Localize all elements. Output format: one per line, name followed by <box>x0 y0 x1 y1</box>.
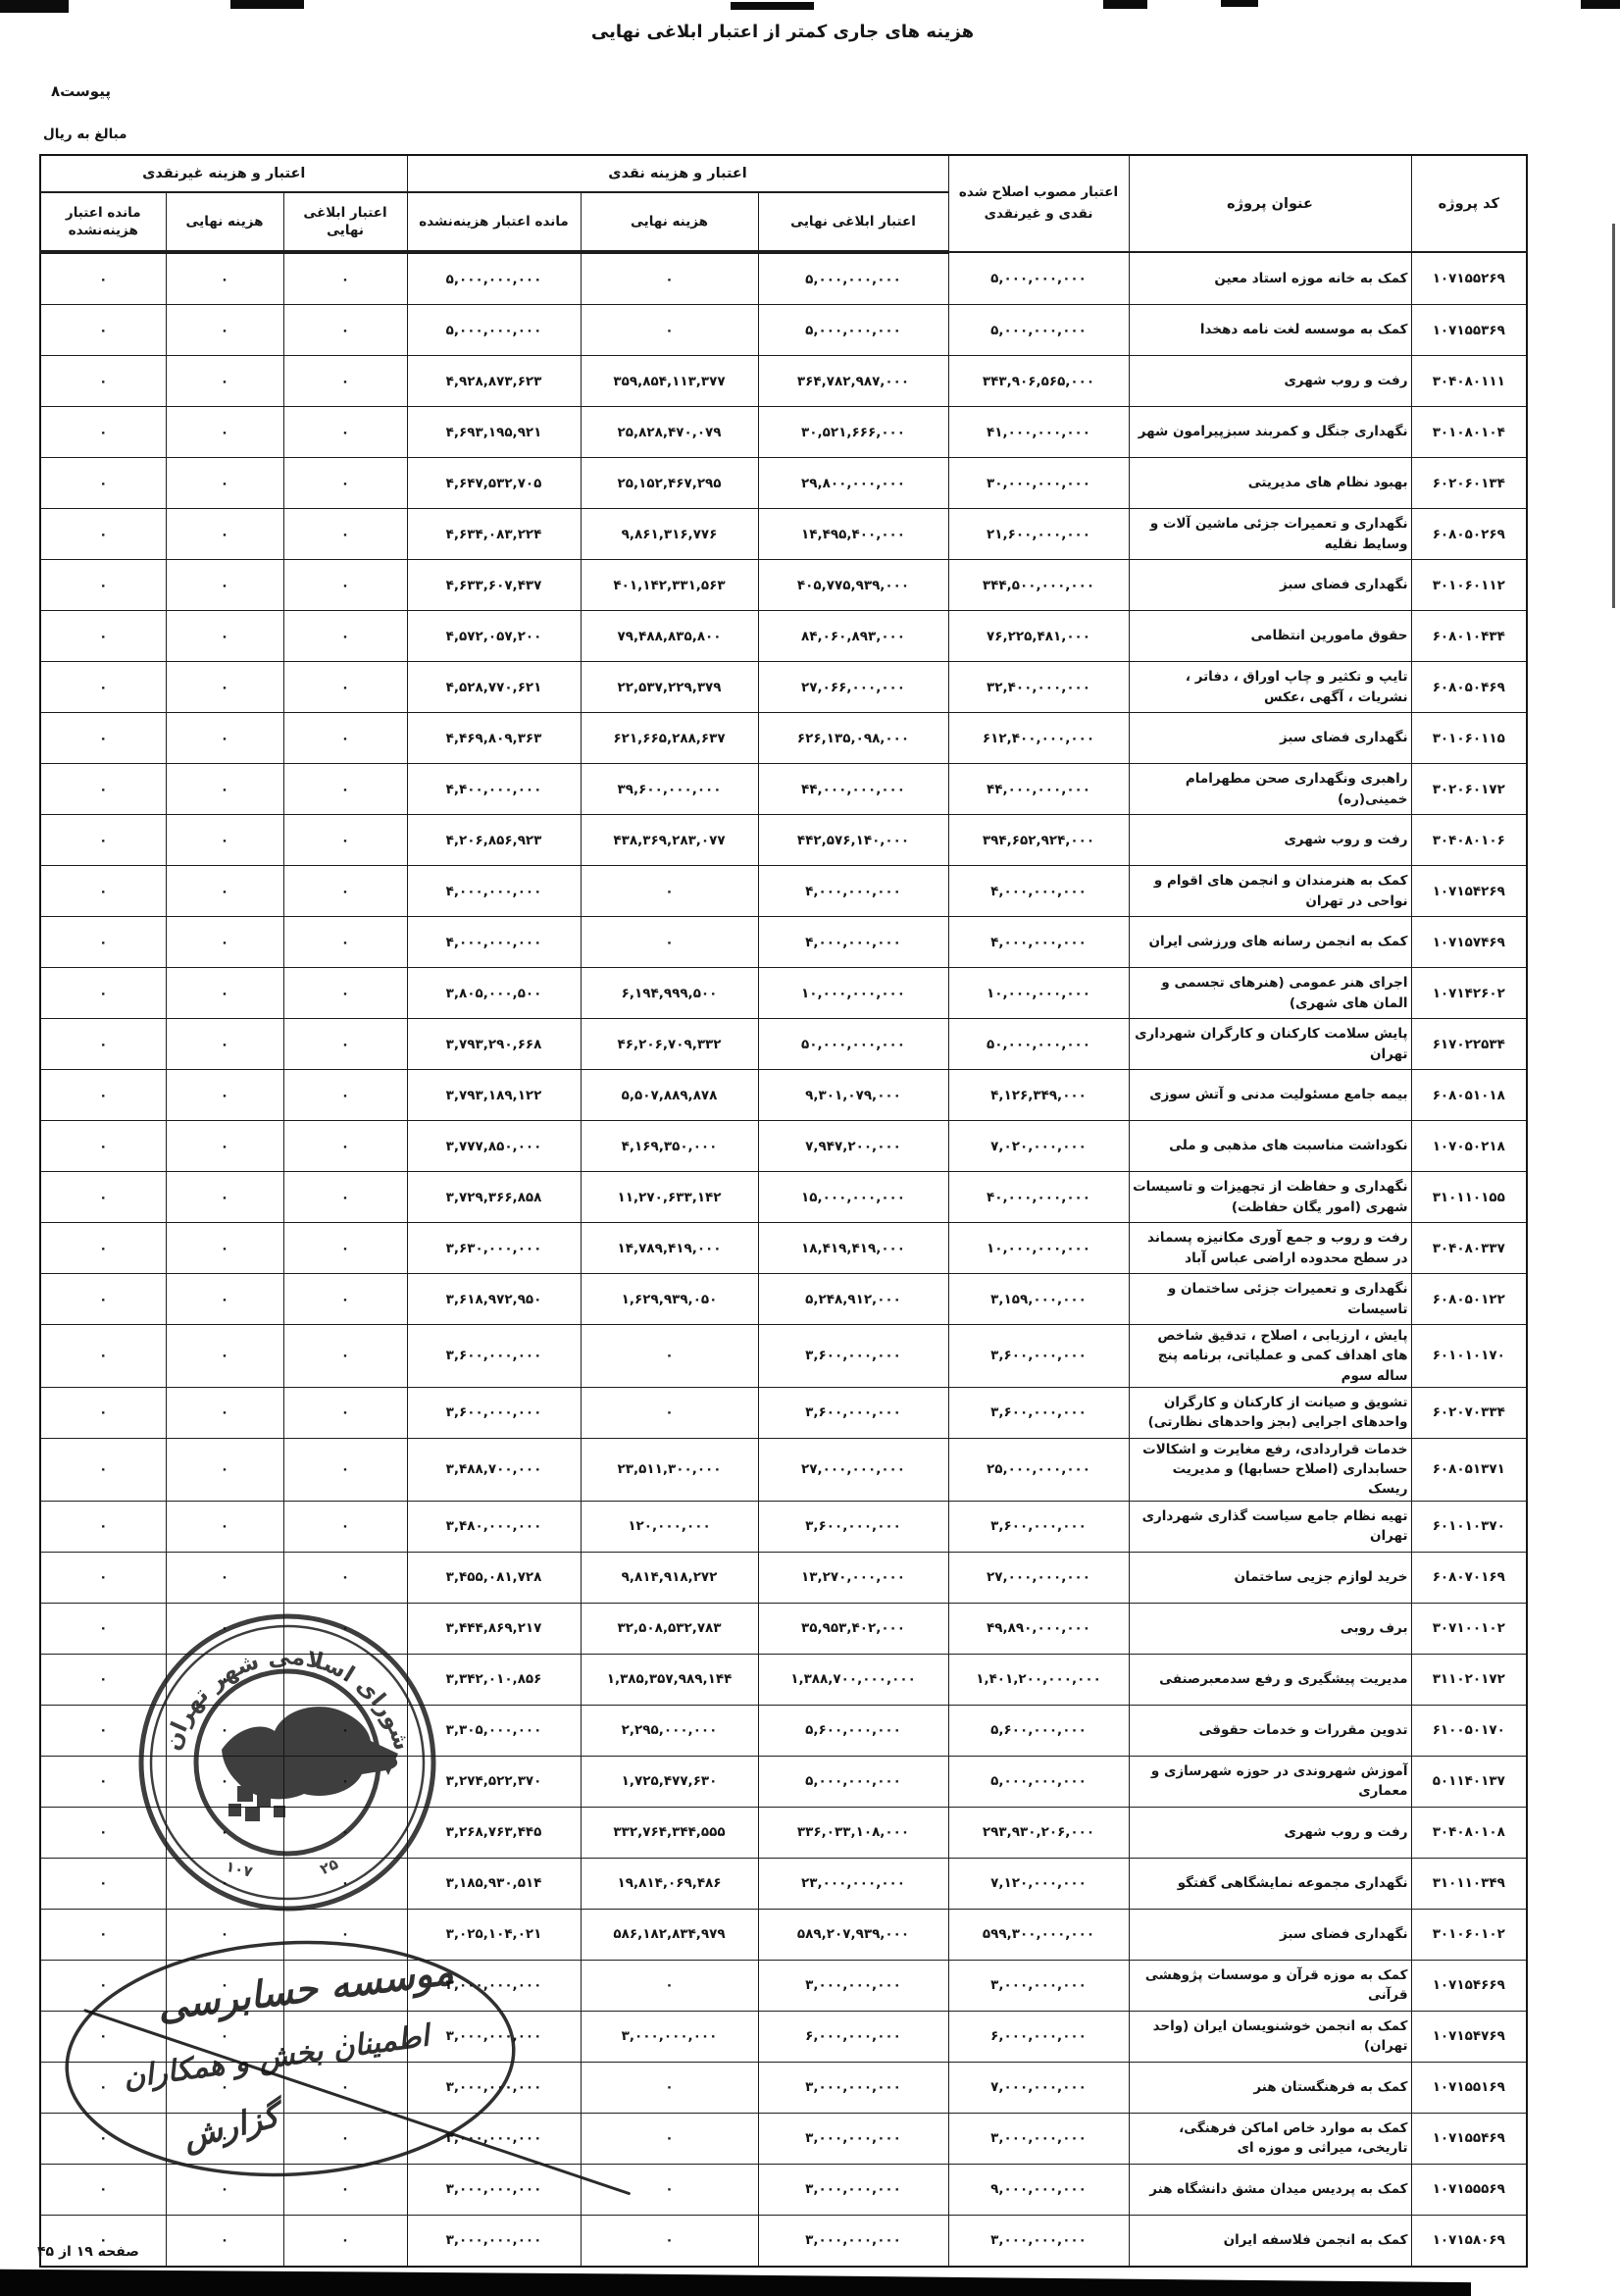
cell-code: ۳۰۷۱۰۰۱۰۲ <box>1411 1603 1527 1654</box>
cell-cash-allocated: ۱,۳۸۸,۷۰۰,۰۰۰,۰۰۰ <box>758 1654 948 1705</box>
cell-cash-expense: ۵۸۶,۱۸۲,۸۳۴,۹۷۹ <box>581 1909 758 1960</box>
cell-cash-balance: ۳,۰۰۰,۰۰۰,۰۰۰ <box>407 2113 581 2164</box>
cell-cash-balance: ۴,۰۰۰,۰۰۰,۰۰۰ <box>407 917 581 968</box>
cell-cash-balance: ۴,۶۳۴,۰۸۳,۲۲۴ <box>407 509 581 560</box>
cell-code: ۱۰۷۱۵۴۶۶۹ <box>1411 1960 1527 2011</box>
cell-noncash-balance: ۰ <box>40 252 166 305</box>
cell-cash-expense: ۱,۶۲۹,۹۳۹,۰۵۰ <box>581 1274 758 1325</box>
cell-noncash-allocated: ۰ <box>283 1274 407 1325</box>
cell-noncash-expense: ۰ <box>166 1121 283 1172</box>
cell-approved: ۳۹۴,۶۵۲,۹۲۴,۰۰۰ <box>948 815 1129 866</box>
cell-cash-allocated: ۳,۰۰۰,۰۰۰,۰۰۰ <box>758 1960 948 2011</box>
table-row: ۶۱۰۰۵۰۱۷۰تدوین مقررات و خدمات حقوقی۵,۶۰۰… <box>40 1705 1527 1756</box>
cell-noncash-allocated: ۰ <box>283 1756 407 1807</box>
cell-title: رفت و روب شهری <box>1129 815 1411 866</box>
cell-code: ۶۰۸۰۷۰۱۶۹ <box>1411 1552 1527 1603</box>
cell-code: ۶۰۸۰۱۰۴۳۴ <box>1411 611 1527 662</box>
cell-cash-allocated: ۶۲۶,۱۳۵,۰۹۸,۰۰۰ <box>758 713 948 764</box>
cell-cash-allocated: ۹,۳۰۱,۰۷۹,۰۰۰ <box>758 1070 948 1121</box>
cell-cash-expense: ۷۹,۴۸۸,۸۳۵,۸۰۰ <box>581 611 758 662</box>
cell-code: ۱۰۷۱۵۸۰۶۹ <box>1411 2215 1527 2267</box>
cell-cash-balance: ۳,۶۰۰,۰۰۰,۰۰۰ <box>407 1387 581 1438</box>
scan-artifact <box>731 2 814 10</box>
table-row: ۶۰۸۰۵۰۲۶۹نگهداری و تعمیرات جزئی ماشین آل… <box>40 509 1527 560</box>
cell-cash-balance: ۳,۰۰۰,۰۰۰,۰۰۰ <box>407 2062 581 2113</box>
cell-cash-allocated: ۳,۶۰۰,۰۰۰,۰۰۰ <box>758 1387 948 1438</box>
cell-title: کمک به انجمن خوشنویسان ایران (واحد تهران… <box>1129 2011 1411 2062</box>
cell-title: پایش ، ارزیابی ، اصلاح ، تدقیق شاخص های … <box>1129 1325 1411 1388</box>
document-page: هزینه های جاری کمتر از اعتبار ابلاغی نها… <box>0 0 1620 2296</box>
table-row: ۶۰۱۰۱۰۱۷۰پایش ، ارزیابی ، اصلاح ، تدقیق … <box>40 1325 1527 1388</box>
cell-cash-expense: ۰ <box>581 1960 758 2011</box>
cell-cash-expense: ۲۲,۵۳۷,۲۲۹,۳۷۹ <box>581 662 758 713</box>
cell-cash-balance: ۴,۵۷۲,۰۵۷,۲۰۰ <box>407 611 581 662</box>
cell-approved: ۳۲,۴۰۰,۰۰۰,۰۰۰ <box>948 662 1129 713</box>
cell-approved: ۶,۰۰۰,۰۰۰,۰۰۰ <box>948 2011 1129 2062</box>
cell-title: برف روبی <box>1129 1603 1411 1654</box>
cell-approved: ۴,۰۰۰,۰۰۰,۰۰۰ <box>948 866 1129 917</box>
cell-cash-allocated: ۳,۶۰۰,۰۰۰,۰۰۰ <box>758 1325 948 1388</box>
scan-artifact-bottom-bar <box>0 2268 1471 2296</box>
cell-cash-allocated: ۱۰,۰۰۰,۰۰۰,۰۰۰ <box>758 968 948 1019</box>
cell-noncash-balance: ۰ <box>40 1121 166 1172</box>
cell-cash-allocated: ۵۰,۰۰۰,۰۰۰,۰۰۰ <box>758 1019 948 1070</box>
cell-noncash-allocated: ۰ <box>283 252 407 305</box>
cell-noncash-expense: ۰ <box>166 1325 283 1388</box>
cell-cash-allocated: ۳,۰۰۰,۰۰۰,۰۰۰ <box>758 2164 948 2215</box>
cell-noncash-expense: ۰ <box>166 1603 283 1654</box>
header-noncash-final-allocated: اعتبار ابلاغی نهایی <box>283 192 407 252</box>
cell-cash-balance: ۴,۲۰۶,۸۵۶,۹۲۳ <box>407 815 581 866</box>
cell-noncash-balance: ۰ <box>40 305 166 356</box>
cell-code: ۳۰۴۰۸۰۱۰۶ <box>1411 815 1527 866</box>
cell-cash-expense: ۳۳۲,۷۶۴,۳۴۴,۵۵۵ <box>581 1807 758 1858</box>
table-row: ۶۰۸۰۷۰۱۶۹خرید لوازم جزیی ساختمان۲۷,۰۰۰,۰… <box>40 1552 1527 1603</box>
cell-cash-expense: ۳۵۹,۸۵۴,۱۱۳,۳۷۷ <box>581 356 758 407</box>
cell-cash-balance: ۳,۲۶۸,۷۶۳,۴۴۵ <box>407 1807 581 1858</box>
cell-cash-balance: ۳,۴۸۸,۷۰۰,۰۰۰ <box>407 1438 581 1501</box>
cell-cash-expense: ۱۴,۷۸۹,۴۱۹,۰۰۰ <box>581 1223 758 1274</box>
cell-cash-expense: ۰ <box>581 1325 758 1388</box>
cell-cash-allocated: ۵۸۹,۲۰۷,۹۳۹,۰۰۰ <box>758 1909 948 1960</box>
cell-noncash-balance: ۰ <box>40 560 166 611</box>
cell-cash-balance: ۳,۰۲۵,۱۰۴,۰۲۱ <box>407 1909 581 1960</box>
cell-noncash-allocated: ۰ <box>283 2062 407 2113</box>
table-row: ۳۰۱۰۶۰۱۰۲نگهداری فضای سبز۵۹۹,۳۰۰,۰۰۰,۰۰۰… <box>40 1909 1527 1960</box>
cell-cash-expense: ۵,۵۰۷,۸۸۹,۸۷۸ <box>581 1070 758 1121</box>
cell-cash-expense: ۱۹,۸۱۴,۰۶۹,۴۸۶ <box>581 1858 758 1909</box>
cell-cash-allocated: ۴۴۲,۵۷۶,۱۴۰,۰۰۰ <box>758 815 948 866</box>
cell-noncash-expense: ۰ <box>166 458 283 509</box>
cell-noncash-balance: ۰ <box>40 1705 166 1756</box>
cell-cash-allocated: ۶,۰۰۰,۰۰۰,۰۰۰ <box>758 2011 948 2062</box>
cell-approved: ۳,۰۰۰,۰۰۰,۰۰۰ <box>948 1960 1129 2011</box>
scan-artifact <box>1221 0 1258 7</box>
cell-noncash-allocated: ۰ <box>283 1019 407 1070</box>
cell-cash-balance: ۳,۷۹۳,۲۹۰,۶۶۸ <box>407 1019 581 1070</box>
cell-code: ۱۰۷۱۵۷۴۶۹ <box>1411 917 1527 968</box>
cell-cash-allocated: ۴,۰۰۰,۰۰۰,۰۰۰ <box>758 917 948 968</box>
cell-noncash-balance: ۰ <box>40 1019 166 1070</box>
cell-cash-balance: ۳,۶۱۸,۹۷۲,۹۵۰ <box>407 1274 581 1325</box>
currency-note: مبالغ به ریال <box>43 127 127 142</box>
cell-title: رفت و روب شهری <box>1129 1807 1411 1858</box>
cell-noncash-expense: ۰ <box>166 560 283 611</box>
cell-code: ۶۰۱۰۱۰۱۷۰ <box>1411 1325 1527 1388</box>
cell-noncash-expense: ۰ <box>166 1019 283 1070</box>
header-cash-group: اعتبار و هزینه نقدی <box>407 155 948 192</box>
cell-cash-allocated: ۳۶۴,۷۸۲,۹۸۷,۰۰۰ <box>758 356 948 407</box>
cell-approved: ۷۶,۲۲۵,۴۸۱,۰۰۰ <box>948 611 1129 662</box>
cell-approved: ۷,۱۲۰,۰۰۰,۰۰۰ <box>948 1858 1129 1909</box>
cell-noncash-expense: ۰ <box>166 356 283 407</box>
cell-noncash-expense: ۰ <box>166 305 283 356</box>
cell-noncash-balance: ۰ <box>40 866 166 917</box>
cell-cash-balance: ۳,۲۷۴,۵۲۲,۳۷۰ <box>407 1756 581 1807</box>
cell-noncash-balance: ۰ <box>40 356 166 407</box>
cell-approved: ۵۹۹,۳۰۰,۰۰۰,۰۰۰ <box>948 1909 1129 1960</box>
cell-title: نکوداشت مناسبت های مذهبی و ملی <box>1129 1121 1411 1172</box>
cell-noncash-allocated: ۰ <box>283 2113 407 2164</box>
cell-cash-expense: ۳۲,۵۰۸,۵۳۲,۷۸۳ <box>581 1603 758 1654</box>
table-row: ۶۰۸۰۵۰۱۲۲نگهداری و تعمیرات جزئی ساختمان … <box>40 1274 1527 1325</box>
cell-title: کمک به فرهنگستان هنر <box>1129 2062 1411 2113</box>
cell-title: نگهداری جنگل و کمربند سبزپیرامون شهر <box>1129 407 1411 458</box>
cell-cash-expense: ۰ <box>581 305 758 356</box>
cell-cash-balance: ۳,۷۷۷,۸۵۰,۰۰۰ <box>407 1121 581 1172</box>
cell-noncash-allocated: ۰ <box>283 1807 407 1858</box>
cell-noncash-expense: ۰ <box>166 1438 283 1501</box>
table-row: ۳۰۴۰۸۰۱۰۶رفت و روب شهری۳۹۴,۶۵۲,۹۲۴,۰۰۰۴۴… <box>40 815 1527 866</box>
cell-title: راهبری ونگهداری صحن مطهرامام خمینی(ره) <box>1129 764 1411 815</box>
table-row: ۶۰۲۰۷۰۳۳۴تشویق و صیانت از کارکنان و کارگ… <box>40 1387 1527 1438</box>
cell-cash-allocated: ۵,۲۴۸,۹۱۲,۰۰۰ <box>758 1274 948 1325</box>
cell-cash-balance: ۴,۶۳۳,۶۰۷,۴۳۷ <box>407 560 581 611</box>
table-row: ۶۰۸۰۵۱۳۷۱خدمات قراردادی، رفع مغایرت و اش… <box>40 1438 1527 1501</box>
cell-noncash-expense: ۰ <box>166 611 283 662</box>
cell-cash-expense: ۰ <box>581 917 758 968</box>
cell-approved: ۳,۰۰۰,۰۰۰,۰۰۰ <box>948 2215 1129 2267</box>
cell-approved: ۶۱۲,۴۰۰,۰۰۰,۰۰۰ <box>948 713 1129 764</box>
cell-code: ۳۰۱۰۶۰۱۱۵ <box>1411 713 1527 764</box>
cell-code: ۶۰۸۰۵۰۴۶۹ <box>1411 662 1527 713</box>
cell-cash-expense: ۲۵,۱۵۲,۴۶۷,۲۹۵ <box>581 458 758 509</box>
cell-noncash-expense: ۰ <box>166 2215 283 2267</box>
cell-code: ۵۰۱۱۴۰۱۳۷ <box>1411 1756 1527 1807</box>
cell-noncash-balance: ۰ <box>40 968 166 1019</box>
cell-noncash-allocated: ۰ <box>283 407 407 458</box>
cell-title: تدوین مقررات و خدمات حقوقی <box>1129 1705 1411 1756</box>
cell-noncash-expense: ۰ <box>166 1909 283 1960</box>
cell-noncash-expense: ۰ <box>166 509 283 560</box>
cell-cash-balance: ۳,۳۴۲,۰۱۰,۸۵۶ <box>407 1654 581 1705</box>
cell-noncash-expense: ۰ <box>166 2011 283 2062</box>
cell-noncash-allocated: ۰ <box>283 1552 407 1603</box>
cell-cash-expense: ۴۶,۲۰۶,۷۰۹,۳۳۲ <box>581 1019 758 1070</box>
cell-cash-allocated: ۳,۰۰۰,۰۰۰,۰۰۰ <box>758 2113 948 2164</box>
header-approved-credit: اعتبار مصوب اصلاح شده نقدی و غیرنقدی <box>948 155 1129 252</box>
cell-approved: ۲۱,۶۰۰,۰۰۰,۰۰۰ <box>948 509 1129 560</box>
cell-title: رفت و روب و جمع آوری مکانیزه پسماند در س… <box>1129 1223 1411 1274</box>
cell-noncash-allocated: ۰ <box>283 1909 407 1960</box>
cell-cash-allocated: ۳,۰۰۰,۰۰۰,۰۰۰ <box>758 2062 948 2113</box>
cell-noncash-balance: ۰ <box>40 1858 166 1909</box>
cell-code: ۱۰۷۰۵۰۲۱۸ <box>1411 1121 1527 1172</box>
cell-noncash-expense: ۰ <box>166 1501 283 1552</box>
cell-title: نگهداری و تعمیرات جزئی ساختمان و تاسیسات <box>1129 1274 1411 1325</box>
cell-cash-expense: ۴۳۸,۳۶۹,۲۸۳,۰۷۷ <box>581 815 758 866</box>
table-row: ۳۰۴۰۸۰۱۰۸رفت و روب شهری۲۹۳,۹۳۰,۲۰۶,۰۰۰۳۳… <box>40 1807 1527 1858</box>
cell-approved: ۴۱,۰۰۰,۰۰۰,۰۰۰ <box>948 407 1129 458</box>
cell-cash-allocated: ۲۷,۰۶۶,۰۰۰,۰۰۰ <box>758 662 948 713</box>
attachment-label: پیوست۸ <box>51 82 111 100</box>
cell-noncash-expense: ۰ <box>166 713 283 764</box>
cell-cash-expense: ۱۱,۲۷۰,۶۳۳,۱۴۲ <box>581 1172 758 1223</box>
scan-artifact <box>0 0 69 13</box>
cell-noncash-balance: ۰ <box>40 407 166 458</box>
cell-cash-allocated: ۴۰۵,۷۷۵,۹۳۹,۰۰۰ <box>758 560 948 611</box>
table-row: ۶۰۱۰۱۰۳۷۰تهیه نظام جامع سیاست گذاری شهرد… <box>40 1501 1527 1552</box>
cell-title: تهیه نظام جامع سیاست گذاری شهرداری تهران <box>1129 1501 1411 1552</box>
cell-cash-expense: ۰ <box>581 252 758 305</box>
cell-noncash-allocated: ۰ <box>283 1223 407 1274</box>
cell-cash-balance: ۵,۰۰۰,۰۰۰,۰۰۰ <box>407 305 581 356</box>
cell-title: کمک به انجمن رسانه های ورزشی ایران <box>1129 917 1411 968</box>
cell-noncash-balance: ۰ <box>40 713 166 764</box>
cell-noncash-allocated: ۰ <box>283 815 407 866</box>
cell-cash-allocated: ۴۴,۰۰۰,۰۰۰,۰۰۰ <box>758 764 948 815</box>
table-row: ۱۰۷۱۵۵۴۶۹کمک به موارد خاص اماکن فرهنگی، … <box>40 2113 1527 2164</box>
header-cash-unspent-balance: مانده اعتبار هزینه‌نشده <box>407 192 581 252</box>
cell-noncash-allocated: ۰ <box>283 917 407 968</box>
cell-cash-balance: ۴,۰۰۰,۰۰۰,۰۰۰ <box>407 866 581 917</box>
cell-cash-balance: ۳,۸۰۵,۰۰۰,۵۰۰ <box>407 968 581 1019</box>
cell-cash-balance: ۵,۰۰۰,۰۰۰,۰۰۰ <box>407 252 581 305</box>
cell-code: ۶۰۸۰۵۰۱۲۲ <box>1411 1274 1527 1325</box>
cell-approved: ۳,۶۰۰,۰۰۰,۰۰۰ <box>948 1501 1129 1552</box>
cell-code: ۶۰۱۰۱۰۳۷۰ <box>1411 1501 1527 1552</box>
cell-noncash-expense: ۰ <box>166 1070 283 1121</box>
cell-title: نگهداری فضای سبز <box>1129 560 1411 611</box>
cell-cash-expense: ۲۳,۵۱۱,۳۰۰,۰۰۰ <box>581 1438 758 1501</box>
cell-cash-allocated: ۳,۶۰۰,۰۰۰,۰۰۰ <box>758 1501 948 1552</box>
cell-noncash-allocated: ۰ <box>283 356 407 407</box>
cell-title: اجرای هنر عمومی (هنرهای تجسمی و المان ها… <box>1129 968 1411 1019</box>
cell-noncash-balance: ۰ <box>40 1960 166 2011</box>
cell-noncash-allocated: ۰ <box>283 611 407 662</box>
cell-noncash-balance: ۰ <box>40 1603 166 1654</box>
cell-code: ۳۰۱۰۶۰۱۱۲ <box>1411 560 1527 611</box>
cell-title: نگهداری و تعمیرات جزئی ماشین آلات و وسای… <box>1129 509 1411 560</box>
cell-cash-expense: ۳۹,۶۰۰,۰۰۰,۰۰۰ <box>581 764 758 815</box>
cell-noncash-allocated: ۰ <box>283 560 407 611</box>
table-row: ۱۰۷۰۵۰۲۱۸نکوداشت مناسبت های مذهبی و ملی۷… <box>40 1121 1527 1172</box>
cell-cash-balance: ۳,۰۰۰,۰۰۰,۰۰۰ <box>407 2164 581 2215</box>
cell-code: ۶۰۲۰۷۰۳۳۴ <box>1411 1387 1527 1438</box>
cell-noncash-expense: ۰ <box>166 1756 283 1807</box>
cell-cash-allocated: ۵,۰۰۰,۰۰۰,۰۰۰ <box>758 252 948 305</box>
cell-code: ۱۰۷۱۵۵۵۶۹ <box>1411 2164 1527 2215</box>
cell-title: خرید لوازم جزیی ساختمان <box>1129 1552 1411 1603</box>
cell-cash-expense: ۶,۱۹۴,۹۹۹,۵۰۰ <box>581 968 758 1019</box>
cell-cash-expense: ۱۲۰,۰۰۰,۰۰۰ <box>581 1501 758 1552</box>
header-cash-final-allocated: اعتبار ابلاغی نهایی <box>758 192 948 252</box>
cell-cash-balance: ۳,۰۰۰,۰۰۰,۰۰۰ <box>407 2215 581 2267</box>
cell-cash-balance: ۳,۶۰۰,۰۰۰,۰۰۰ <box>407 1325 581 1388</box>
cell-title: بیمه جامع مسئولیت مدنی و آتش سوزی <box>1129 1070 1411 1121</box>
cell-cash-allocated: ۷,۹۴۷,۲۰۰,۰۰۰ <box>758 1121 948 1172</box>
cell-approved: ۱۰,۰۰۰,۰۰۰,۰۰۰ <box>948 968 1129 1019</box>
cell-noncash-expense: ۰ <box>166 917 283 968</box>
cell-cash-expense: ۲۵,۸۲۸,۴۷۰,۰۷۹ <box>581 407 758 458</box>
scan-artifact <box>1581 0 1620 9</box>
cell-code: ۶۱۰۰۵۰۱۷۰ <box>1411 1705 1527 1756</box>
cell-noncash-balance: ۰ <box>40 662 166 713</box>
cell-code: ۶۰۸۰۵۰۲۶۹ <box>1411 509 1527 560</box>
cell-code: ۳۰۴۰۸۰۱۰۸ <box>1411 1807 1527 1858</box>
table-row: ۱۰۷۱۵۴۶۶۹کمک به موزه قرآن و موسسات پژوهش… <box>40 1960 1527 2011</box>
cell-noncash-expense: ۰ <box>166 662 283 713</box>
cell-title: کمک به خانه موزه استاد معین <box>1129 252 1411 305</box>
table-row: ۳۰۴۰۸۰۱۱۱رفت و روب شهری۳۴۳,۹۰۶,۵۶۵,۰۰۰۳۶… <box>40 356 1527 407</box>
scan-artifact <box>1103 0 1147 9</box>
table-row: ۱۰۷۱۵۴۷۶۹کمک به انجمن خوشنویسان ایران (و… <box>40 2011 1527 2062</box>
cell-noncash-expense: ۰ <box>166 407 283 458</box>
cell-noncash-expense: ۰ <box>166 1807 283 1858</box>
cell-noncash-balance: ۰ <box>40 815 166 866</box>
cell-cash-balance: ۳,۰۰۰,۰۰۰,۰۰۰ <box>407 2011 581 2062</box>
cell-cash-expense: ۰ <box>581 2113 758 2164</box>
table-row: ۶۰۲۰۶۰۱۳۴بهبود نظام های مدیریتی۳۰,۰۰۰,۰۰… <box>40 458 1527 509</box>
cell-approved: ۳,۶۰۰,۰۰۰,۰۰۰ <box>948 1325 1129 1388</box>
cell-cash-expense: ۰ <box>581 2164 758 2215</box>
cell-code: ۳۰۱۰۶۰۱۰۲ <box>1411 1909 1527 1960</box>
cell-code: ۳۱۱۰۲۰۱۷۲ <box>1411 1654 1527 1705</box>
cell-noncash-balance: ۰ <box>40 1223 166 1274</box>
cell-noncash-expense: ۰ <box>166 1172 283 1223</box>
cell-noncash-expense: ۰ <box>166 1705 283 1756</box>
table-row: ۵۰۱۱۴۰۱۳۷آموزش شهروندی در حوزه شهرسازی و… <box>40 1756 1527 1807</box>
cell-noncash-balance: ۰ <box>40 1552 166 1603</box>
cell-cash-expense: ۱,۷۲۵,۴۷۷,۶۳۰ <box>581 1756 758 1807</box>
cell-noncash-balance: ۰ <box>40 1070 166 1121</box>
table-row: ۳۰۱۰۶۰۱۱۲نگهداری فضای سبز۳۴۴,۵۰۰,۰۰۰,۰۰۰… <box>40 560 1527 611</box>
table-row: ۳۰۱۰۶۰۱۱۵نگهداری فضای سبز۶۱۲,۴۰۰,۰۰۰,۰۰۰… <box>40 713 1527 764</box>
cell-approved: ۵,۶۰۰,۰۰۰,۰۰۰ <box>948 1705 1129 1756</box>
cell-noncash-balance: ۰ <box>40 1325 166 1388</box>
cell-approved: ۲۹۳,۹۳۰,۲۰۶,۰۰۰ <box>948 1807 1129 1858</box>
table-row: ۶۰۸۰۵۰۴۶۹تایپ و تکثیر و چاپ اوراق ، دفات… <box>40 662 1527 713</box>
cell-cash-allocated: ۲۷,۰۰۰,۰۰۰,۰۰۰ <box>758 1438 948 1501</box>
cell-cash-allocated: ۵,۰۰۰,۰۰۰,۰۰۰ <box>758 1756 948 1807</box>
cell-noncash-balance: ۰ <box>40 1172 166 1223</box>
cell-cash-expense: ۳,۰۰۰,۰۰۰,۰۰۰ <box>581 2011 758 2062</box>
cell-cash-expense: ۰ <box>581 2215 758 2267</box>
cell-approved: ۵,۰۰۰,۰۰۰,۰۰۰ <box>948 1756 1129 1807</box>
cell-cash-allocated: ۳۰,۵۲۱,۶۶۶,۰۰۰ <box>758 407 948 458</box>
table-row: ۶۱۷۰۲۲۵۳۴پایش سلامت کارکنان و کارگران شه… <box>40 1019 1527 1070</box>
cell-noncash-allocated: ۰ <box>283 1501 407 1552</box>
cell-code: ۳۰۴۰۸۰۱۱۱ <box>1411 356 1527 407</box>
cell-title: نگهداری فضای سبز <box>1129 713 1411 764</box>
table-row: ۱۰۷۱۵۵۳۶۹کمک به موسسه لغت نامه دهخدا۵,۰۰… <box>40 305 1527 356</box>
cell-cash-expense: ۰ <box>581 1387 758 1438</box>
header-noncash-final-expense: هزینه نهایی <box>166 192 283 252</box>
cell-cash-balance: ۴,۶۹۳,۱۹۵,۹۲۱ <box>407 407 581 458</box>
table-row: ۱۰۷۱۵۴۲۶۹کمک به هنرمندان و انجمن های اقو… <box>40 866 1527 917</box>
cell-noncash-allocated: ۰ <box>283 305 407 356</box>
cell-noncash-allocated: ۰ <box>283 2011 407 2062</box>
cell-noncash-balance: ۰ <box>40 1807 166 1858</box>
cell-noncash-balance: ۰ <box>40 1501 166 1552</box>
cell-title: کمک به هنرمندان و انجمن های اقوام و نواح… <box>1129 866 1411 917</box>
cell-cash-expense: ۶۲۱,۶۶۵,۲۸۸,۶۳۷ <box>581 713 758 764</box>
cell-approved: ۴۰,۰۰۰,۰۰۰,۰۰۰ <box>948 1172 1129 1223</box>
cell-approved: ۲۷,۰۰۰,۰۰۰,۰۰۰ <box>948 1552 1129 1603</box>
cell-cash-allocated: ۱۴,۴۹۵,۴۰۰,۰۰۰ <box>758 509 948 560</box>
cell-noncash-allocated: ۰ <box>283 662 407 713</box>
cell-code: ۳۱۰۱۱۰۳۴۹ <box>1411 1858 1527 1909</box>
cell-cash-allocated: ۳۳۶,۰۳۳,۱۰۸,۰۰۰ <box>758 1807 948 1858</box>
table-row: ۶۰۸۰۱۰۴۳۴حقوق مامورین انتظامی۷۶,۲۲۵,۴۸۱,… <box>40 611 1527 662</box>
cell-cash-allocated: ۸۴,۰۶۰,۸۹۳,۰۰۰ <box>758 611 948 662</box>
cell-noncash-balance: ۰ <box>40 764 166 815</box>
cell-cash-allocated: ۲۳,۰۰۰,۰۰۰,۰۰۰ <box>758 1858 948 1909</box>
cell-noncash-allocated: ۰ <box>283 764 407 815</box>
cell-cash-expense: ۰ <box>581 2062 758 2113</box>
cell-noncash-allocated: ۰ <box>283 1325 407 1388</box>
header-noncash-group: اعتبار و هزینه غیرنقدی <box>40 155 407 192</box>
cell-noncash-balance: ۰ <box>40 611 166 662</box>
cell-code: ۳۱۰۱۱۰۱۵۵ <box>1411 1172 1527 1223</box>
cell-code: ۶۰۸۰۵۱۰۱۸ <box>1411 1070 1527 1121</box>
cell-noncash-balance: ۰ <box>40 2062 166 2113</box>
cell-approved: ۳,۰۰۰,۰۰۰,۰۰۰ <box>948 2113 1129 2164</box>
cell-code: ۳۰۲۰۶۰۱۷۲ <box>1411 764 1527 815</box>
cell-title: حقوق مامورین انتظامی <box>1129 611 1411 662</box>
cell-noncash-expense: ۰ <box>166 968 283 1019</box>
cell-noncash-balance: ۰ <box>40 509 166 560</box>
cell-cash-balance: ۳,۷۲۹,۳۶۶,۸۵۸ <box>407 1172 581 1223</box>
cell-code: ۱۰۷۱۵۵۲۶۹ <box>1411 252 1527 305</box>
cell-approved: ۷,۰۲۰,۰۰۰,۰۰۰ <box>948 1121 1129 1172</box>
cell-cash-balance: ۴,۵۲۸,۷۷۰,۶۲۱ <box>407 662 581 713</box>
table-row: ۳۰۱۰۸۰۱۰۴نگهداری جنگل و کمربند سبزپیرامو… <box>40 407 1527 458</box>
cell-title: رفت و روب شهری <box>1129 356 1411 407</box>
cell-noncash-expense: ۰ <box>166 866 283 917</box>
header-cash-final-expense: هزینه نهایی <box>581 192 758 252</box>
cell-cash-allocated: ۲۹,۸۰۰,۰۰۰,۰۰۰ <box>758 458 948 509</box>
cell-code: ۶۰۸۰۵۱۳۷۱ <box>1411 1438 1527 1501</box>
cell-title: کمک به موزه قرآن و موسسات پژوهشی قرآنی <box>1129 1960 1411 2011</box>
cell-cash-balance: ۴,۴۰۰,۰۰۰,۰۰۰ <box>407 764 581 815</box>
table-row: ۳۰۴۰۸۰۳۳۷رفت و روب و جمع آوری مکانیزه پس… <box>40 1223 1527 1274</box>
cell-noncash-allocated: ۰ <box>283 1858 407 1909</box>
cell-title: کمک به موارد خاص اماکن فرهنگی، تاریخی، م… <box>1129 2113 1411 2164</box>
cell-title: نگهداری و حفاظت از تجهیزات و تاسیسات شهر… <box>1129 1172 1411 1223</box>
header-noncash-unspent-balance: مانده اعتبار هزینه‌نشده <box>40 192 166 252</box>
table-row: ۱۰۷۱۵۸۰۶۹کمک به انجمن فلاسفه ایران۳,۰۰۰,… <box>40 2215 1527 2267</box>
table-row: ۳۱۰۱۱۰۳۴۹نگهداری مجموعه نمایشگاهی گفتگو۷… <box>40 1858 1527 1909</box>
cell-cash-allocated: ۳,۰۰۰,۰۰۰,۰۰۰ <box>758 2215 948 2267</box>
cell-cash-expense: ۴,۱۶۹,۳۵۰,۰۰۰ <box>581 1121 758 1172</box>
cell-code: ۱۰۷۱۵۴۲۶۹ <box>1411 866 1527 917</box>
cell-approved: ۴,۰۰۰,۰۰۰,۰۰۰ <box>948 917 1129 968</box>
table-row: ۳۱۱۰۲۰۱۷۲مدیریت پیشگیری و رفع سدمعبرصنفی… <box>40 1654 1527 1705</box>
cell-cash-balance: ۳,۱۸۵,۹۳۰,۵۱۴ <box>407 1858 581 1909</box>
cell-cash-balance: ۳,۷۹۳,۱۸۹,۱۲۲ <box>407 1070 581 1121</box>
header-project-code: کد پروژه <box>1411 155 1527 252</box>
